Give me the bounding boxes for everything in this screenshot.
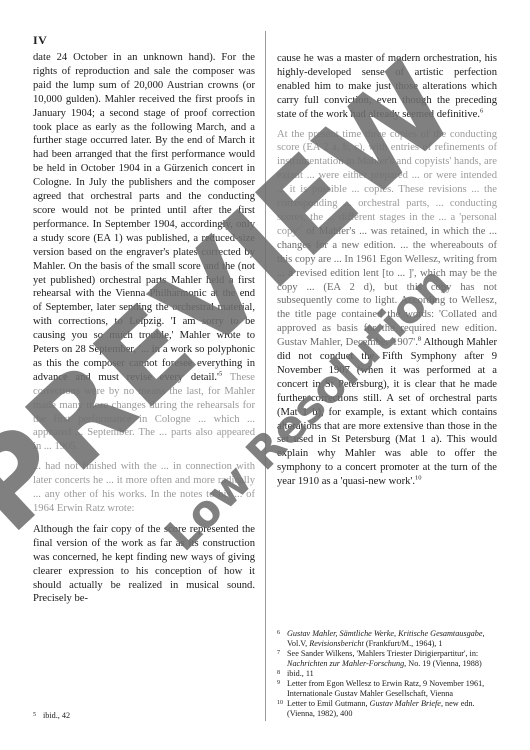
footnote-italic: Revisionsbericht [309, 639, 364, 648]
footnote-text: Letter from Egon Wellesz to Erwin Ratz, … [287, 679, 484, 698]
footnote-8: 8ibid., 11 [277, 669, 499, 679]
footnotes-left: 5 ibid., 42 [33, 711, 255, 721]
right-paragraph-1-part-b: of Mahler's ... was retained, in which t… [277, 226, 497, 348]
footnote-text: Letter to Emil Gutmann, [287, 699, 370, 708]
footnote-text: Vol.V, [287, 639, 309, 648]
right-column: cause he was a master of modern orchestr… [277, 52, 497, 489]
footnote-9: 9Letter from Egon Wellesz to Erwin Ratz,… [277, 679, 499, 699]
footnote-italic: Nachrichten zur Mahler-Forschung, [287, 659, 406, 668]
right-paragraph-1-part-a: At the present time three copies of the … [277, 129, 497, 237]
footnote-text: No. 19 (Vienna, 1988) [406, 659, 481, 668]
footnote-number: 10 [277, 698, 283, 708]
page-number: IV [33, 33, 47, 48]
ratz-quote: Although the fair copy of the score repr… [33, 523, 255, 606]
footnotes-right: 6Gustav Mahler, Sämtliche Werke, Kritisc… [277, 629, 499, 719]
left-paragraph-1-text: date 24 October in an unknown hand). For… [33, 52, 255, 383]
footnote-number: 8 [277, 668, 280, 678]
footnote-number: 7 [277, 648, 280, 658]
footnote-italic: Gustav Mahler, Sämtliche Werke, Kritisch… [287, 629, 485, 638]
right-paragraph-1: At the present time three copies of the … [277, 128, 497, 490]
footnote-5: 5 ibid., 42 [33, 711, 255, 721]
footnote-ref-6: 6 [480, 107, 483, 114]
column-divider [265, 31, 266, 721]
footnote-text: ibid., 11 [287, 669, 314, 678]
ratz-quote-continued-text: cause he was a master of modern orchestr… [277, 53, 497, 120]
footnote-text: ibid., 42 [43, 711, 70, 720]
footnote-10: 10Letter to Emil Gutmann, Gustav Mahler … [277, 699, 499, 719]
footnote-number: 6 [277, 628, 280, 638]
footnote-7: 7See Sander Wilkens, 'Mahlers Triester D… [277, 649, 499, 669]
footnote-ref-10: 10 [415, 475, 422, 482]
footnote-number: 9 [277, 678, 280, 688]
ratz-quote-continued: cause he was a master of modern orchestr… [277, 52, 497, 122]
footnote-italic: Gustav Mahler Briefe, [370, 699, 443, 708]
footnote-text: (Frankfurt/M., 1964), 1 [364, 639, 443, 648]
left-paragraph-1: date 24 October in an unknown hand). For… [33, 51, 255, 454]
left-paragraph-2: ... had not finished with the ... in con… [33, 460, 255, 516]
footnote-text: See Sander Wilkens, 'Mahlers Triester Di… [287, 649, 478, 658]
footnote-number: 5 [33, 710, 36, 720]
footnote-6: 6Gustav Mahler, Sämtliche Werke, Kritisc… [277, 629, 499, 649]
right-paragraph-1-part-c: Although Mahler did not conduct the Fift… [277, 337, 497, 487]
left-paragraph-1-tail: These corrections were by no means the l… [33, 372, 255, 453]
left-column: date 24 October in an unknown hand). For… [33, 51, 255, 606]
